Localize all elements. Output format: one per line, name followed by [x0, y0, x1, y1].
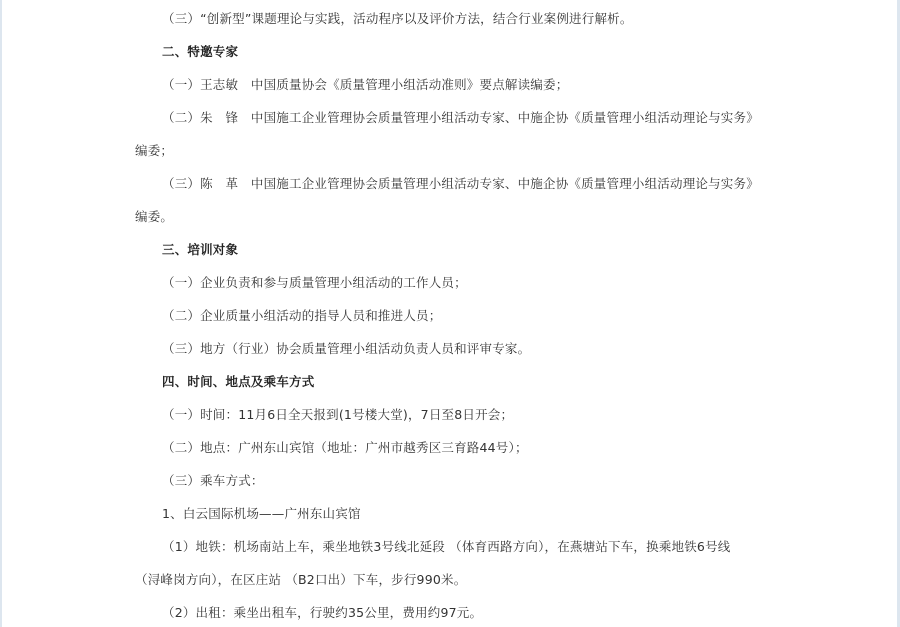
- time-item: （一）时间：11月6日全天报到(1号楼大堂)，7日至8日开会；: [135, 402, 775, 435]
- expert-item-2-continuation: 编委；: [135, 138, 775, 171]
- audience-item-1: （一）企业负责和参与质量管理小组活动的工作人员；: [135, 270, 775, 303]
- section-heading-audience: 三、培训对象: [135, 237, 775, 270]
- audience-item-3: （三）地方（行业）协会质量管理小组活动负责人员和评审专家。: [135, 336, 775, 369]
- section-heading-experts: 二、特邀专家: [135, 39, 775, 72]
- route-metro: （1）地铁：机场南站上车，乘坐地铁3号线北延段 （体育西路方向），在燕塘站下车，…: [135, 534, 775, 567]
- audience-item-2: （二）企业质量小组活动的指导人员和推进人员；: [135, 303, 775, 336]
- place-item: （二）地点：广州东山宾馆（地址：广州市越秀区三育路44号）；: [135, 435, 775, 468]
- document-viewer: （三）“创新型”课题理论与实践，活动程序以及评价方法，结合行业案例进行解析。 二…: [0, 0, 900, 627]
- section-heading-time-place: 四、时间、地点及乘车方式: [135, 369, 775, 402]
- route-metro-continuation: （浔峰岗方向），在区庄站 （B2口出）下车，步行990米。: [135, 567, 775, 600]
- transport-item: （三）乘车方式：: [135, 468, 775, 501]
- route-taxi: （2）出租：乘坐出租车，行驶约35公里，费用约97元。: [135, 600, 775, 627]
- expert-item-3: （三）陈 革 中国施工企业管理协会质量管理小组活动专家、中施企协《质量管理小组活…: [135, 171, 775, 204]
- item-topic-innovation: （三）“创新型”课题理论与实践，活动程序以及评价方法，结合行业案例进行解析。: [135, 6, 775, 39]
- expert-item-1: （一）王志敏 中国质量协会《质量管理小组活动准则》要点解读编委；: [135, 72, 775, 105]
- route-airport-heading: 1、白云国际机场——广州东山宾馆: [135, 501, 775, 534]
- expert-item-3-continuation: 编委。: [135, 204, 775, 237]
- expert-item-2: （二）朱 锋 中国施工企业管理协会质量管理小组活动专家、中施企协《质量管理小组活…: [135, 105, 775, 138]
- document-body: （三）“创新型”课题理论与实践，活动程序以及评价方法，结合行业案例进行解析。 二…: [135, 6, 775, 627]
